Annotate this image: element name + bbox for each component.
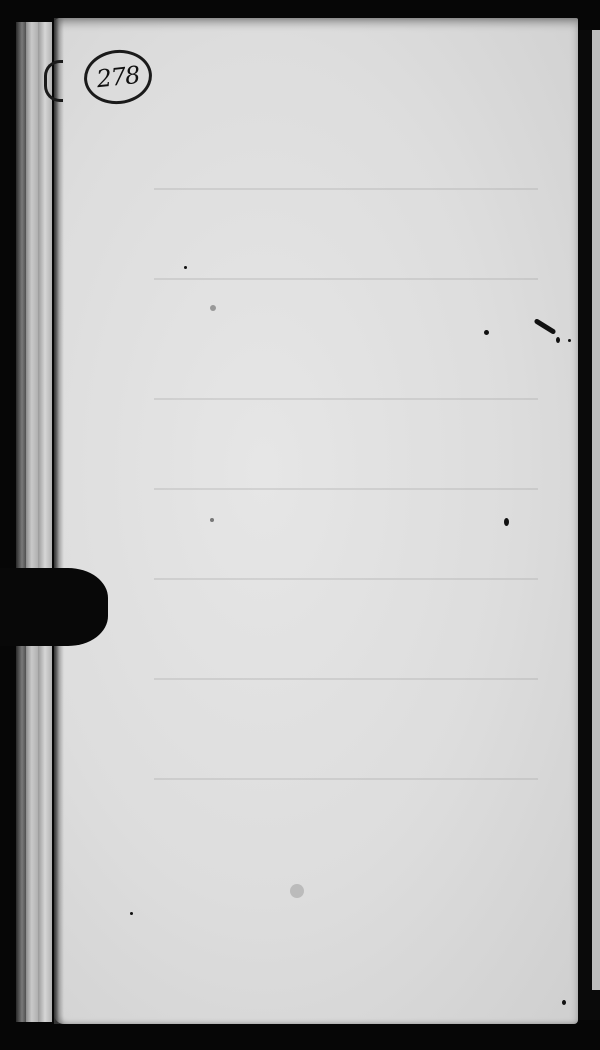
ink-speck — [484, 330, 489, 335]
page-edge — [38, 22, 52, 1022]
thumb-obstruction — [0, 568, 108, 646]
adjacent-page-edge — [592, 30, 600, 990]
bleed-through-line — [154, 678, 538, 680]
ink-speck — [184, 266, 187, 269]
ink-speck — [504, 518, 509, 526]
bleed-through-line — [154, 488, 538, 490]
stain — [290, 884, 304, 898]
ink-speck — [562, 1000, 566, 1005]
bleed-through-line — [154, 778, 538, 780]
bleed-through-line — [154, 278, 538, 280]
ink-speck — [568, 339, 571, 342]
ink-speck — [556, 337, 560, 343]
folio-number-text: 278 — [95, 61, 141, 93]
bleed-through-line — [154, 398, 538, 400]
manuscript-page — [54, 18, 578, 1024]
ink-speck — [210, 305, 216, 311]
margin-bracket — [44, 60, 63, 102]
ink-speck — [210, 518, 214, 522]
bleed-through-line — [154, 188, 538, 190]
ink-speck — [130, 912, 133, 915]
bleed-through-line — [154, 578, 538, 580]
